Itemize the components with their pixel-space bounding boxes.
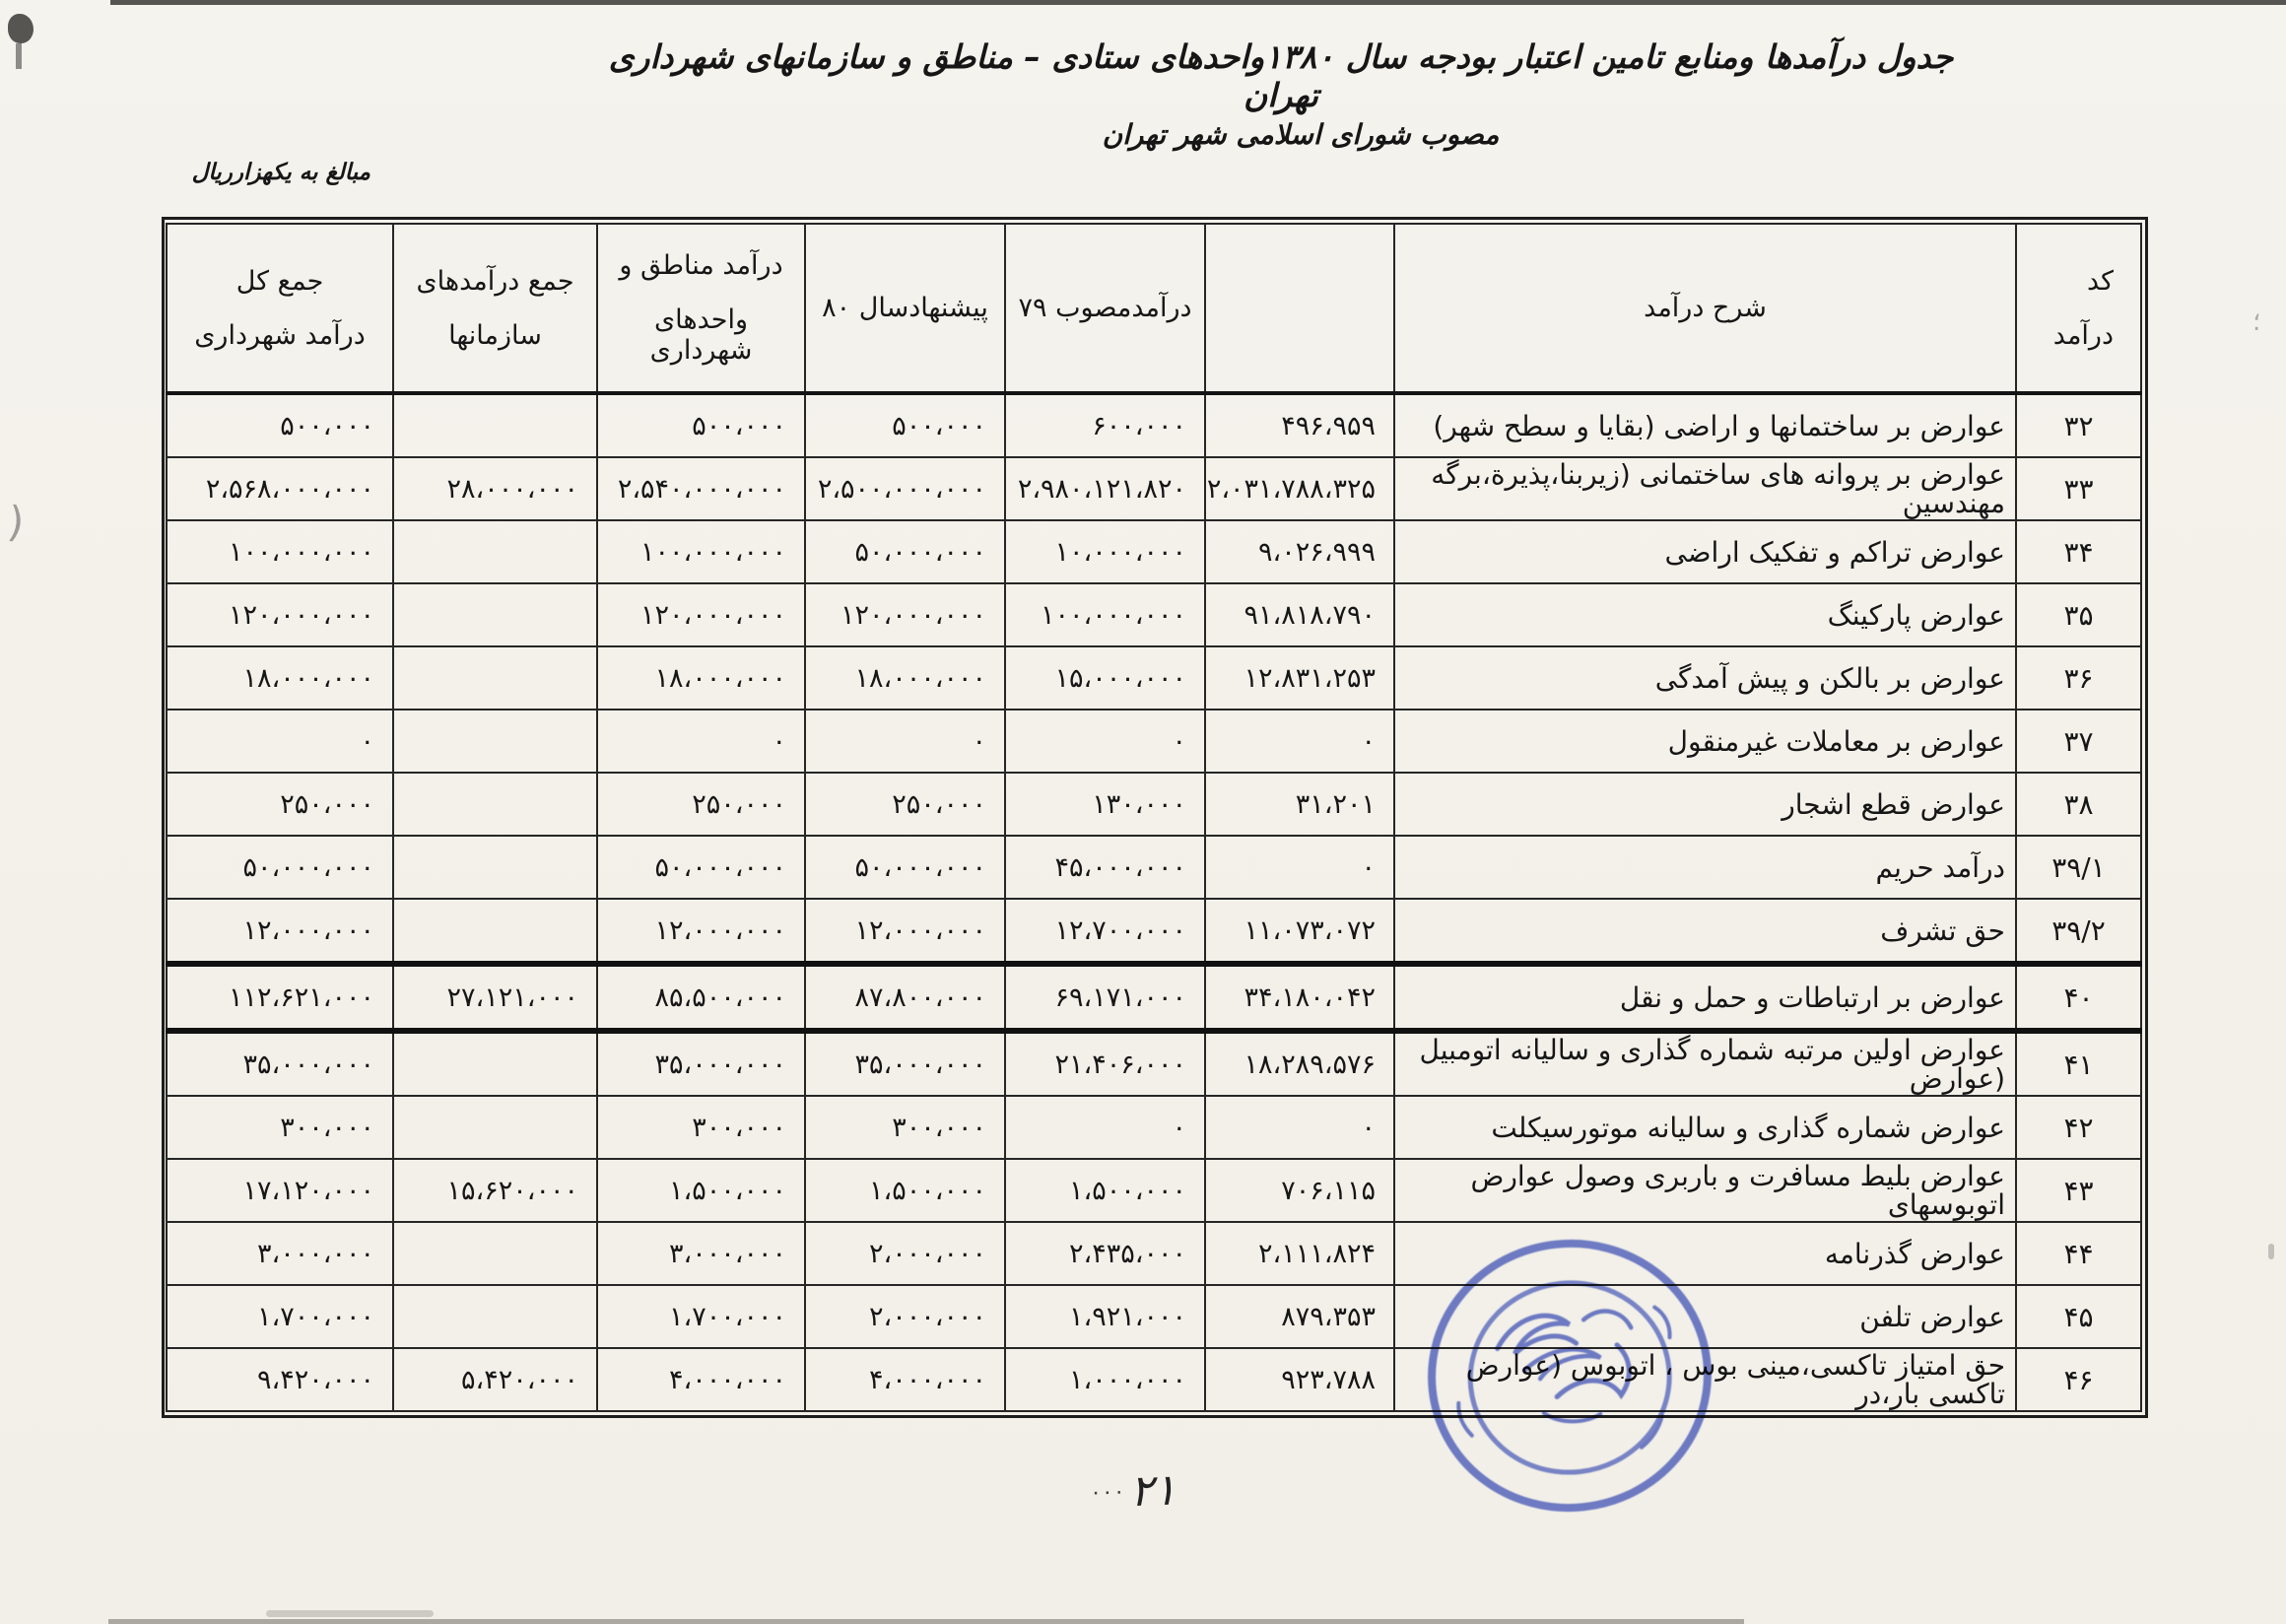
table-row: ۳۳عوارض بر پروانه های ساختمانی (زیربنا،پ…	[167, 457, 2141, 520]
cell-approved_79: ۲۱،۴۰۶،۰۰۰	[1005, 1031, 1205, 1096]
revenue-table: کد درآمد شرح درآمد درآمدمصوب ۷۹ پیشن	[162, 217, 2148, 1418]
cell-actual: ۱۱،۰۷۳،۰۷۲	[1205, 899, 1394, 964]
cell-total: ۲،۵۶۸،۰۰۰،۰۰۰	[167, 457, 393, 520]
cell-code: ۳۹/۱	[2016, 836, 2141, 899]
cell-description: عوارض بلیط مسافرت و باربری وصول عوارض ات…	[1394, 1159, 2016, 1222]
cell-districts: ۱۸،۰۰۰،۰۰۰	[597, 646, 805, 710]
cell-total: ۵۰،۰۰۰،۰۰۰	[167, 836, 393, 899]
cell-proposed_80: ۵۰،۰۰۰،۰۰۰	[805, 520, 1005, 583]
cell-description: عوارض اولین مرتبه شماره گذاری و سالیانه …	[1394, 1031, 2016, 1096]
cell-description: عوارض شماره گذاری و سالیانه موتورسیکلت	[1394, 1096, 2016, 1159]
scan-tick-right	[2268, 1244, 2274, 1259]
cell-organizations	[393, 583, 597, 646]
header-approved-79: درآمدمصوب ۷۹	[1005, 224, 1205, 393]
cell-proposed_80: ۳۵،۰۰۰،۰۰۰	[805, 1031, 1005, 1096]
cell-organizations	[393, 899, 597, 964]
cell-organizations	[393, 773, 597, 836]
cell-actual: ۸۷۹،۳۵۳	[1205, 1285, 1394, 1348]
cell-total: ۱۲،۰۰۰،۰۰۰	[167, 899, 393, 964]
header-total: جمع کل درآمد شهرداری	[167, 224, 393, 393]
cell-approved_79: ۱،۵۰۰،۰۰۰	[1005, 1159, 1205, 1222]
header-row: کد درآمد شرح درآمد درآمدمصوب ۷۹ پیشن	[167, 224, 2141, 393]
cell-approved_79: ۱۵،۰۰۰،۰۰۰	[1005, 646, 1205, 710]
cell-total: ۱۱۲،۶۲۱،۰۰۰	[167, 964, 393, 1031]
cell-proposed_80: ۴،۰۰۰،۰۰۰	[805, 1348, 1005, 1411]
table-row: ۳۴عوارض تراکم و تفکیک اراضی۹،۰۲۶،۹۹۹۱۰،۰…	[167, 520, 2141, 583]
cell-districts: ۳،۰۰۰،۰۰۰	[597, 1222, 805, 1285]
cell-total: ۳۵،۰۰۰،۰۰۰	[167, 1031, 393, 1096]
revenue-table-body: ۳۲عوارض بر ساختمانها و اراضی (بقایا و سط…	[167, 393, 2141, 1411]
cell-description: عوارض بر پروانه های ساختمانی (زیربنا،پذی…	[1394, 457, 2016, 520]
cell-districts: ۱۰۰،۰۰۰،۰۰۰	[597, 520, 805, 583]
cell-code: ۴۴	[2016, 1222, 2141, 1285]
cell-total: ۳۰۰،۰۰۰	[167, 1096, 393, 1159]
cell-districts: ۰	[597, 710, 805, 773]
cell-actual: ۹،۰۲۶،۹۹۹	[1205, 520, 1394, 583]
header-actual	[1205, 224, 1394, 393]
table-row: ۴۶حق امتیاز تاکسی،مینی بوس ، اتوبوس (عوا…	[167, 1348, 2141, 1411]
cell-code: ۳۶	[2016, 646, 2141, 710]
cell-description: عوارض پارکینگ	[1394, 583, 2016, 646]
cell-total: ۱۲۰،۰۰۰،۰۰۰	[167, 583, 393, 646]
cell-districts: ۱،۷۰۰،۰۰۰	[597, 1285, 805, 1348]
header-proposed-80: پیشنهادسال ۸۰	[805, 224, 1005, 393]
cell-actual: ۰	[1205, 710, 1394, 773]
cell-code: ۳۵	[2016, 583, 2141, 646]
cell-approved_79: ۱۰۰،۰۰۰،۰۰۰	[1005, 583, 1205, 646]
cell-actual: ۳۴،۱۸۰،۰۴۲	[1205, 964, 1394, 1031]
scan-edge-bottom	[108, 1619, 1744, 1624]
cell-districts: ۱،۵۰۰،۰۰۰	[597, 1159, 805, 1222]
cell-organizations	[393, 1096, 597, 1159]
cell-actual: ۱۸،۲۸۹،۵۷۶	[1205, 1031, 1394, 1096]
header-districts: درآمد مناطق و واحدهای شهرداری	[597, 224, 805, 393]
cell-proposed_80: ۱۸،۰۰۰،۰۰۰	[805, 646, 1005, 710]
cell-total: ۳،۰۰۰،۰۰۰	[167, 1222, 393, 1285]
cell-districts: ۵۰،۰۰۰،۰۰۰	[597, 836, 805, 899]
cell-description: عوارض بر ساختمانها و اراضی (بقایا و سطح …	[1394, 393, 2016, 457]
cell-code: ۳۷	[2016, 710, 2141, 773]
cell-approved_79: ۰	[1005, 710, 1205, 773]
cell-actual: ۷۰۶،۱۱۵	[1205, 1159, 1394, 1222]
table-row: ۳۹/۲حق تشرف۱۱،۰۷۳،۰۷۲۱۲،۷۰۰،۰۰۰۱۲،۰۰۰،۰۰…	[167, 899, 2141, 964]
table-row: ۴۲عوارض شماره گذاری و سالیانه موتورسیکلت…	[167, 1096, 2141, 1159]
cell-code: ۴۵	[2016, 1285, 2141, 1348]
cell-code: ۴۶	[2016, 1348, 2141, 1411]
cell-total: ۱۸،۰۰۰،۰۰۰	[167, 646, 393, 710]
cell-code: ۳۹/۲	[2016, 899, 2141, 964]
cell-organizations	[393, 1285, 597, 1348]
cell-total: ۹،۴۲۰،۰۰۰	[167, 1348, 393, 1411]
scan-blob-top-left	[8, 14, 34, 43]
page-number-value: ۲۱	[1129, 1464, 1177, 1517]
cell-description: عوارض بر ارتباطات و حمل و نقل	[1394, 964, 2016, 1031]
cell-proposed_80: ۵۰۰،۰۰۰	[805, 393, 1005, 457]
cell-districts: ۲،۵۴۰،۰۰۰،۰۰۰	[597, 457, 805, 520]
cell-proposed_80: ۸۷،۸۰۰،۰۰۰	[805, 964, 1005, 1031]
cell-approved_79: ۴۵،۰۰۰،۰۰۰	[1005, 836, 1205, 899]
cell-organizations: ۱۵،۶۲۰،۰۰۰	[393, 1159, 597, 1222]
cell-organizations	[393, 836, 597, 899]
cell-total: ۲۵۰،۰۰۰	[167, 773, 393, 836]
cell-approved_79: ۱۳۰،۰۰۰	[1005, 773, 1205, 836]
cell-actual: ۹۲۳،۷۸۸	[1205, 1348, 1394, 1411]
cell-approved_79: ۱۰،۰۰۰،۰۰۰	[1005, 520, 1205, 583]
cell-actual: ۱۲،۸۳۱،۲۵۳	[1205, 646, 1394, 710]
cell-actual: ۲،۱۱۱،۸۲۴	[1205, 1222, 1394, 1285]
page-number-dots: ٠٠٠	[1090, 1479, 1125, 1505]
cell-code: ۳۲	[2016, 393, 2141, 457]
cell-approved_79: ۶۹،۱۷۱،۰۰۰	[1005, 964, 1205, 1031]
cell-proposed_80: ۱،۵۰۰،۰۰۰	[805, 1159, 1005, 1222]
cell-total: ۱۰۰،۰۰۰،۰۰۰	[167, 520, 393, 583]
cell-actual: ۲،۰۳۱،۷۸۸،۳۲۵	[1205, 457, 1394, 520]
scan-mark-left: (	[5, 497, 26, 546]
cell-proposed_80: ۲۵۰،۰۰۰	[805, 773, 1005, 836]
cell-actual: ۳۱،۲۰۱	[1205, 773, 1394, 836]
cell-proposed_80: ۱۲،۰۰۰،۰۰۰	[805, 899, 1005, 964]
document-subtitle: مصوب شورای اسلامی شهر تهران	[1005, 118, 1596, 151]
cell-total: ۵۰۰،۰۰۰	[167, 393, 393, 457]
cell-description: حق تشرف	[1394, 899, 2016, 964]
header-code: کد درآمد	[2016, 224, 2141, 393]
cell-description: عوارض تراکم و تفکیک اراضی	[1394, 520, 2016, 583]
table-row: ۳۹/۱درآمد حریم۰۴۵،۰۰۰،۰۰۰۵۰،۰۰۰،۰۰۰۵۰،۰۰…	[167, 836, 2141, 899]
cell-total: ۱،۷۰۰،۰۰۰	[167, 1285, 393, 1348]
cell-approved_79: ۶۰۰،۰۰۰	[1005, 393, 1205, 457]
cell-organizations	[393, 710, 597, 773]
cell-code: ۳۳	[2016, 457, 2141, 520]
cell-districts: ۳۰۰،۰۰۰	[597, 1096, 805, 1159]
official-stamp	[1407, 1228, 1732, 1533]
cell-organizations	[393, 1031, 597, 1096]
cell-code: ۴۱	[2016, 1031, 2141, 1096]
table-row: ۳۵عوارض پارکینگ۹۱،۸۱۸،۷۹۰۱۰۰،۰۰۰،۰۰۰۱۲۰،…	[167, 583, 2141, 646]
cell-districts: ۵۰۰،۰۰۰	[597, 393, 805, 457]
scan-mark-right: ؛	[2252, 307, 2260, 337]
scan-blob-tail	[16, 43, 22, 69]
table-row: ۴۰عوارض بر ارتباطات و حمل و نقل۳۴،۱۸۰،۰۴…	[167, 964, 2141, 1031]
cell-approved_79: ۲،۴۳۵،۰۰۰	[1005, 1222, 1205, 1285]
table-row: ۳۸عوارض قطع اشجار۳۱،۲۰۱۱۳۰،۰۰۰۲۵۰،۰۰۰۲۵۰…	[167, 773, 2141, 836]
cell-proposed_80: ۳۰۰،۰۰۰	[805, 1096, 1005, 1159]
scanned-budget-document: ( ؛ جدول درآمدها ومنابع تامین اعتبار بود…	[0, 0, 2286, 1624]
cell-description: عوارض بر بالکن و پیش آمدگی	[1394, 646, 2016, 710]
cell-organizations: ۲۸،۰۰۰،۰۰۰	[393, 457, 597, 520]
cell-code: ۳۴	[2016, 520, 2141, 583]
cell-proposed_80: ۵۰،۰۰۰،۰۰۰	[805, 836, 1005, 899]
cell-proposed_80: ۲،۵۰۰،۰۰۰،۰۰۰	[805, 457, 1005, 520]
document-title: جدول درآمدها ومنابع تامین اعتبار بودجه س…	[571, 37, 1990, 114]
cell-districts: ۱۲،۰۰۰،۰۰۰	[597, 899, 805, 964]
cell-proposed_80: ۰	[805, 710, 1005, 773]
cell-total: ۰	[167, 710, 393, 773]
cell-description: عوارض قطع اشجار	[1394, 773, 2016, 836]
header-description: شرح درآمد	[1394, 224, 2016, 393]
table-row: ۴۳عوارض بلیط مسافرت و باربری وصول عوارض …	[167, 1159, 2141, 1222]
table-row: ۳۶عوارض بر بالکن و پیش آمدگی۱۲،۸۳۱،۲۵۳۱۵…	[167, 646, 2141, 710]
cell-districts: ۴،۰۰۰،۰۰۰	[597, 1348, 805, 1411]
cell-code: ۴۰	[2016, 964, 2141, 1031]
scan-edge-top	[110, 0, 2286, 5]
cell-proposed_80: ۱۲۰،۰۰۰،۰۰۰	[805, 583, 1005, 646]
cell-actual: ۰	[1205, 1096, 1394, 1159]
cell-total: ۱۷،۱۲۰،۰۰۰	[167, 1159, 393, 1222]
cell-approved_79: ۰	[1005, 1096, 1205, 1159]
header-organizations: جمع درآمدهای سازمانها	[393, 224, 597, 393]
scan-smudge-bottom	[266, 1610, 434, 1617]
cell-districts: ۲۵۰،۰۰۰	[597, 773, 805, 836]
cell-code: ۴۲	[2016, 1096, 2141, 1159]
cell-description: درآمد حریم	[1394, 836, 2016, 899]
cell-districts: ۳۵،۰۰۰،۰۰۰	[597, 1031, 805, 1096]
cell-organizations	[393, 393, 597, 457]
cell-districts: ۱۲۰،۰۰۰،۰۰۰	[597, 583, 805, 646]
table-row: ۴۱عوارض اولین مرتبه شماره گذاری و سالیان…	[167, 1031, 2141, 1096]
cell-districts: ۸۵،۵۰۰،۰۰۰	[597, 964, 805, 1031]
cell-description: عوارض بر معاملات غیرمنقول	[1394, 710, 2016, 773]
cell-approved_79: ۱،۹۲۱،۰۰۰	[1005, 1285, 1205, 1348]
cell-approved_79: ۱،۰۰۰،۰۰۰	[1005, 1348, 1205, 1411]
handwritten-page-number: ۲۱ ٠٠٠	[1004, 1461, 1262, 1521]
cell-organizations	[393, 520, 597, 583]
cell-organizations: ۵،۴۲۰،۰۰۰	[393, 1348, 597, 1411]
cell-organizations	[393, 1222, 597, 1285]
cell-organizations	[393, 646, 597, 710]
table-row: ۴۴عوارض گذرنامه۲،۱۱۱،۸۲۴۲،۴۳۵،۰۰۰۲،۰۰۰،۰…	[167, 1222, 2141, 1285]
cell-code: ۳۸	[2016, 773, 2141, 836]
cell-actual: ۴۹۶،۹۵۹	[1205, 393, 1394, 457]
cell-proposed_80: ۲،۰۰۰،۰۰۰	[805, 1285, 1005, 1348]
cell-organizations: ۲۷،۱۲۱،۰۰۰	[393, 964, 597, 1031]
table-row: ۳۲عوارض بر ساختمانها و اراضی (بقایا و سط…	[167, 393, 2141, 457]
cell-actual: ۹۱،۸۱۸،۷۹۰	[1205, 583, 1394, 646]
cell-approved_79: ۲،۹۸۰،۱۲۱،۸۲۰	[1005, 457, 1205, 520]
unit-note: مبالغ به یکهزارریال	[134, 160, 370, 185]
table-row: ۴۵عوارض تلفن۸۷۹،۳۵۳۱،۹۲۱،۰۰۰۲،۰۰۰،۰۰۰۱،۷…	[167, 1285, 2141, 1348]
table-row: ۳۷عوارض بر معاملات غیرمنقول۰۰۰۰۰	[167, 710, 2141, 773]
cell-proposed_80: ۲،۰۰۰،۰۰۰	[805, 1222, 1005, 1285]
cell-code: ۴۳	[2016, 1159, 2141, 1222]
cell-actual: ۰	[1205, 836, 1394, 899]
cell-approved_79: ۱۲،۷۰۰،۰۰۰	[1005, 899, 1205, 964]
